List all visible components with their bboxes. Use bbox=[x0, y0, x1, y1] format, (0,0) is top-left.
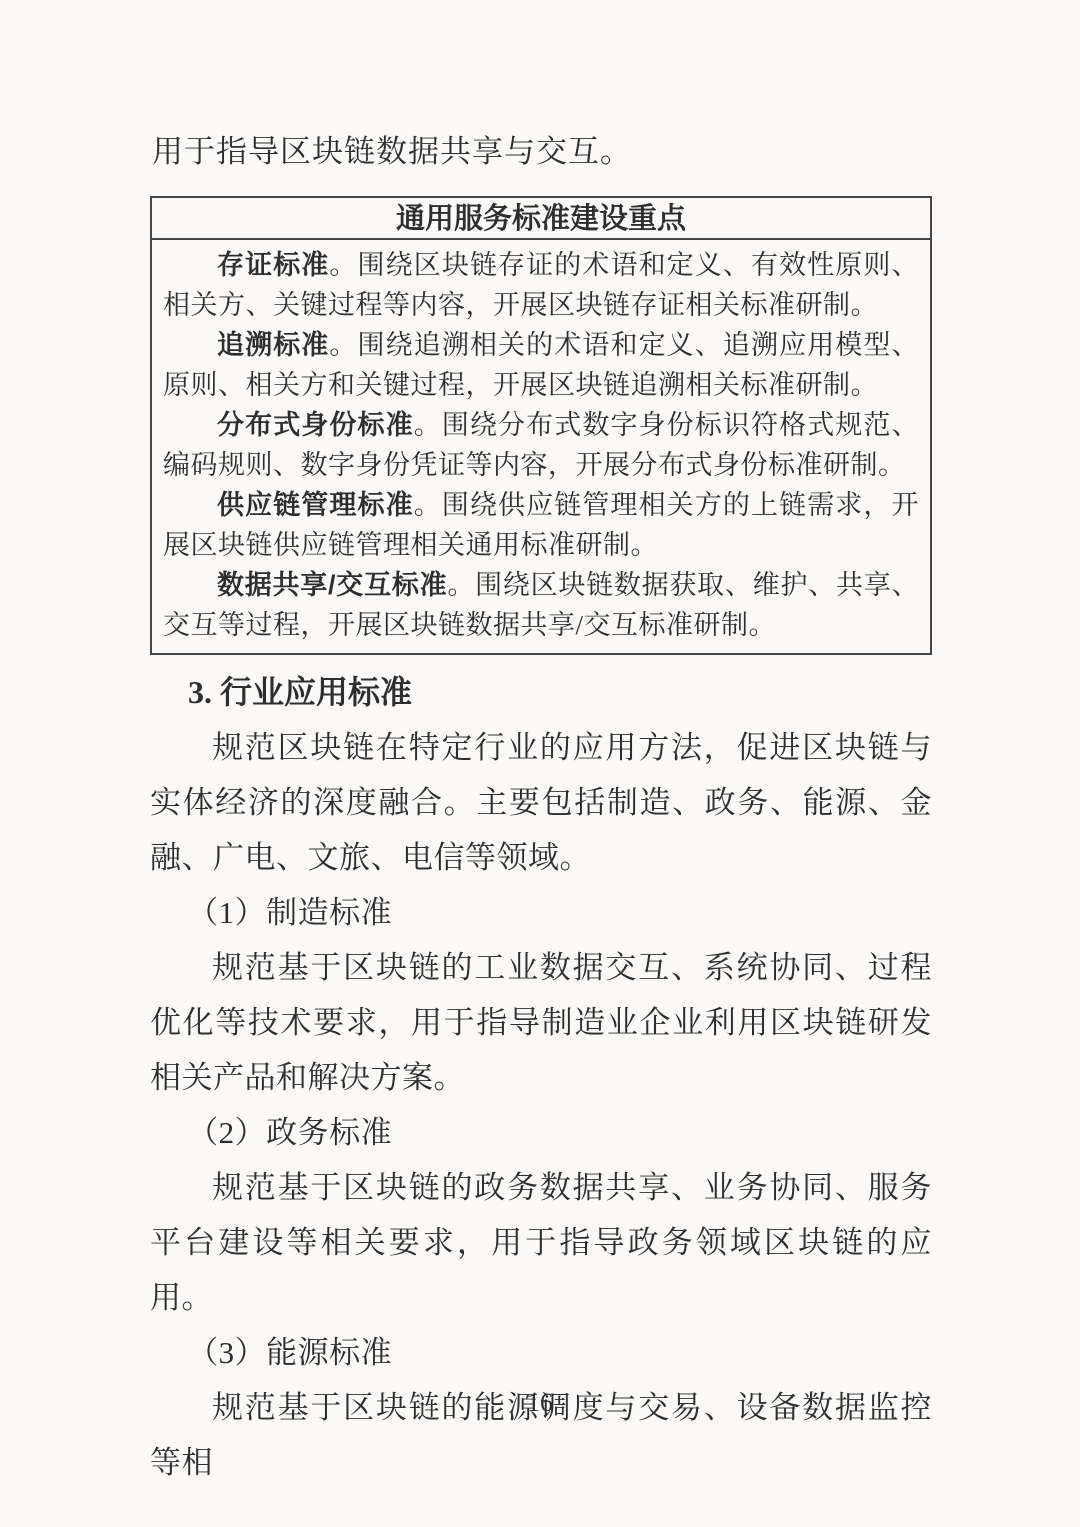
intro-paragraph: 用于指导区块链数据共享与交互。 bbox=[152, 128, 932, 176]
table-item-evidence: 存证标准。围绕区块链存证的术语和定义、有效性原则、相关方、关键过程等内容，开展区… bbox=[163, 245, 919, 325]
table-item-term: 存证标准 bbox=[217, 250, 329, 280]
table-item-traceability: 追溯标准。围绕追溯相关的术语和定义、追溯应用模型、原则、相关方和关键过程，开展区… bbox=[163, 325, 919, 405]
table-item-term: 分布式身份标准 bbox=[217, 410, 414, 440]
page-content: 用于指导区块链数据共享与交互。 通用服务标准建设重点 存证标准。围绕区块链存证的… bbox=[150, 128, 932, 1490]
table-title: 通用服务标准建设重点 bbox=[152, 198, 930, 240]
subsection-heading-energy: （3）能源标准 bbox=[150, 1325, 932, 1380]
key-points-table: 通用服务标准建设重点 存证标准。围绕区块链存证的术语和定义、有效性原则、相关方、… bbox=[150, 196, 932, 655]
section-overview: 规范区块链在特定行业的应用方法，促进区块链与实体经济的深度融合。主要包括制造、政… bbox=[150, 720, 932, 885]
table-item-term: 供应链管理标准 bbox=[217, 490, 414, 520]
table-body: 存证标准。围绕区块链存证的术语和定义、有效性原则、相关方、关键过程等内容，开展区… bbox=[152, 240, 930, 653]
document-page: 用于指导区块链数据共享与交互。 通用服务标准建设重点 存证标准。围绕区块链存证的… bbox=[0, 0, 1080, 1527]
subsection-body-government: 规范基于区块链的政务数据共享、业务协同、服务平台建设等相关要求，用于指导政务领域… bbox=[150, 1160, 932, 1325]
section-heading: 3. 行业应用标准 bbox=[188, 665, 932, 720]
page-number: 16 bbox=[0, 1388, 1080, 1418]
table-item-supply-chain: 供应链管理标准。围绕供应链管理相关方的上链需求，开展区块链供应链管理相关通用标准… bbox=[163, 485, 919, 565]
subsection-body-manufacturing: 规范基于区块链的工业数据交互、系统协同、过程优化等技术要求，用于指导制造业企业利… bbox=[150, 940, 932, 1105]
table-item-data-sharing: 数据共享/交互标准。围绕区块链数据获取、维护、共享、交互等过程，开展区块链数据共… bbox=[163, 565, 919, 645]
subsection-heading-government: （2）政务标准 bbox=[150, 1105, 932, 1160]
table-item-distributed-identity: 分布式身份标准。围绕分布式数字身份标识符格式规范、编码规则、数字身份凭证等内容，… bbox=[163, 405, 919, 485]
table-item-term: 数据共享/交互标准 bbox=[217, 570, 447, 600]
subsection-heading-manufacturing: （1）制造标准 bbox=[150, 885, 932, 940]
table-item-term: 追溯标准 bbox=[217, 330, 329, 360]
